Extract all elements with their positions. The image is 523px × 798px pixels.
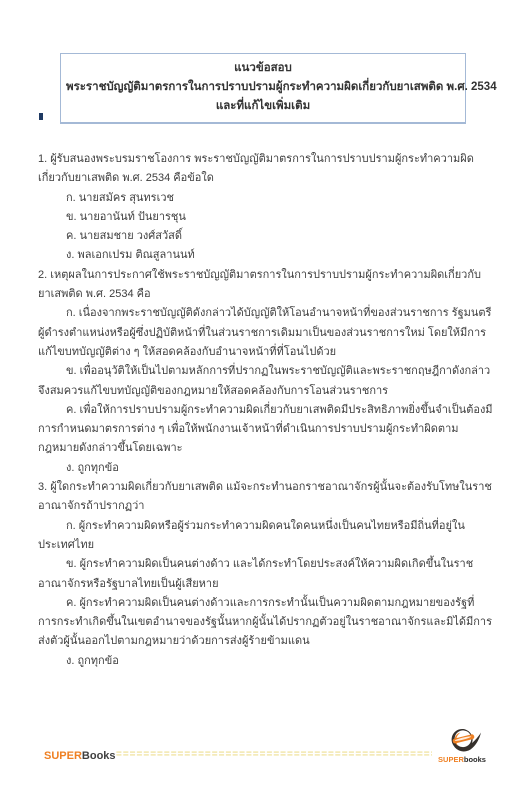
question-1-option-a: ก. นายสมัคร สุนทรเวช [38, 189, 493, 208]
question-3-option-c: ค. ผู้กระทำความผิดเป็นคนต่างด้าวและการกร… [38, 594, 493, 652]
brand-right-super: SUPER [438, 755, 464, 764]
question-2-option-c: ค. เพื่อให้การปราบปรามผู้กระทำความผิดเกี… [38, 401, 493, 459]
brand-right: SUPERbooks [436, 755, 488, 764]
question-3-text: 3. ผู้ใดกระทำความผิดเกี่ยวกับยาเสพติด แม… [38, 478, 493, 517]
question-2-option-b: ข. เพื่ออนุวัติให้เป็นไปตามหลักการที่ปรา… [38, 362, 493, 401]
anchor-marker [39, 113, 43, 120]
title-line-1: แนวข้อสอบ [66, 59, 460, 78]
title-box: แนวข้อสอบ พระราชบัญญัติมาตรการในการปราบป… [60, 53, 466, 124]
question-body: 1. ผู้รับสนองพระบรมราชโองการ พระราชบัญญั… [38, 150, 493, 671]
dashed-divider: ========================================… [116, 749, 432, 763]
page-footer: SUPERBooks =============================… [40, 724, 488, 772]
question-3-option-b: ข. ผู้กระทำความผิดเป็นคนต่างด้าว และได้ก… [38, 555, 493, 594]
brand-right-books: books [464, 755, 486, 764]
brand-left-super: SUPER [44, 750, 82, 762]
brand-left-books: Books [82, 750, 116, 762]
question-1-option-c: ค. นายสมชาย วงศ์สวัสดิ์ [38, 227, 493, 246]
question-1-option-b: ข. นายอานันท์ ปันยารชุน [38, 208, 493, 227]
brand-right-logo-block: SUPERbooks [436, 724, 488, 770]
title-line-2: พระราชบัญญัติมาตรการในการปราบปรามผู้กระท… [66, 78, 460, 97]
question-2-option-a: ก. เนื่องจากพระราชบัญญัติดังกล่าวได้บัญญ… [38, 304, 493, 362]
superbooks-swoosh-icon [448, 724, 482, 755]
question-3-option-a: ก. ผู้กระทำความผิดหรือผู้ร่วมกระทำความผิ… [38, 517, 493, 556]
document-page: แนวข้อสอบ พระราชบัญญัติมาตรการในการปราบป… [0, 0, 523, 798]
title-line-3: และที่แก้ไขเพิ่มเติม [66, 97, 460, 116]
question-1-option-d: ง. พลเอกเปรม ติณสูลานนท์ [38, 246, 493, 265]
question-2-text: 2. เหตุผลในการประกาศใช้พระราชบัญญัติมาตร… [38, 266, 493, 305]
brand-left: SUPERBooks [44, 750, 116, 762]
question-3-option-d: ง. ถูกทุกข้อ [38, 652, 493, 671]
question-1-text: 1. ผู้รับสนองพระบรมราชโองการ พระราชบัญญั… [38, 150, 493, 189]
question-2-option-d: ง. ถูกทุกข้อ [38, 459, 493, 478]
